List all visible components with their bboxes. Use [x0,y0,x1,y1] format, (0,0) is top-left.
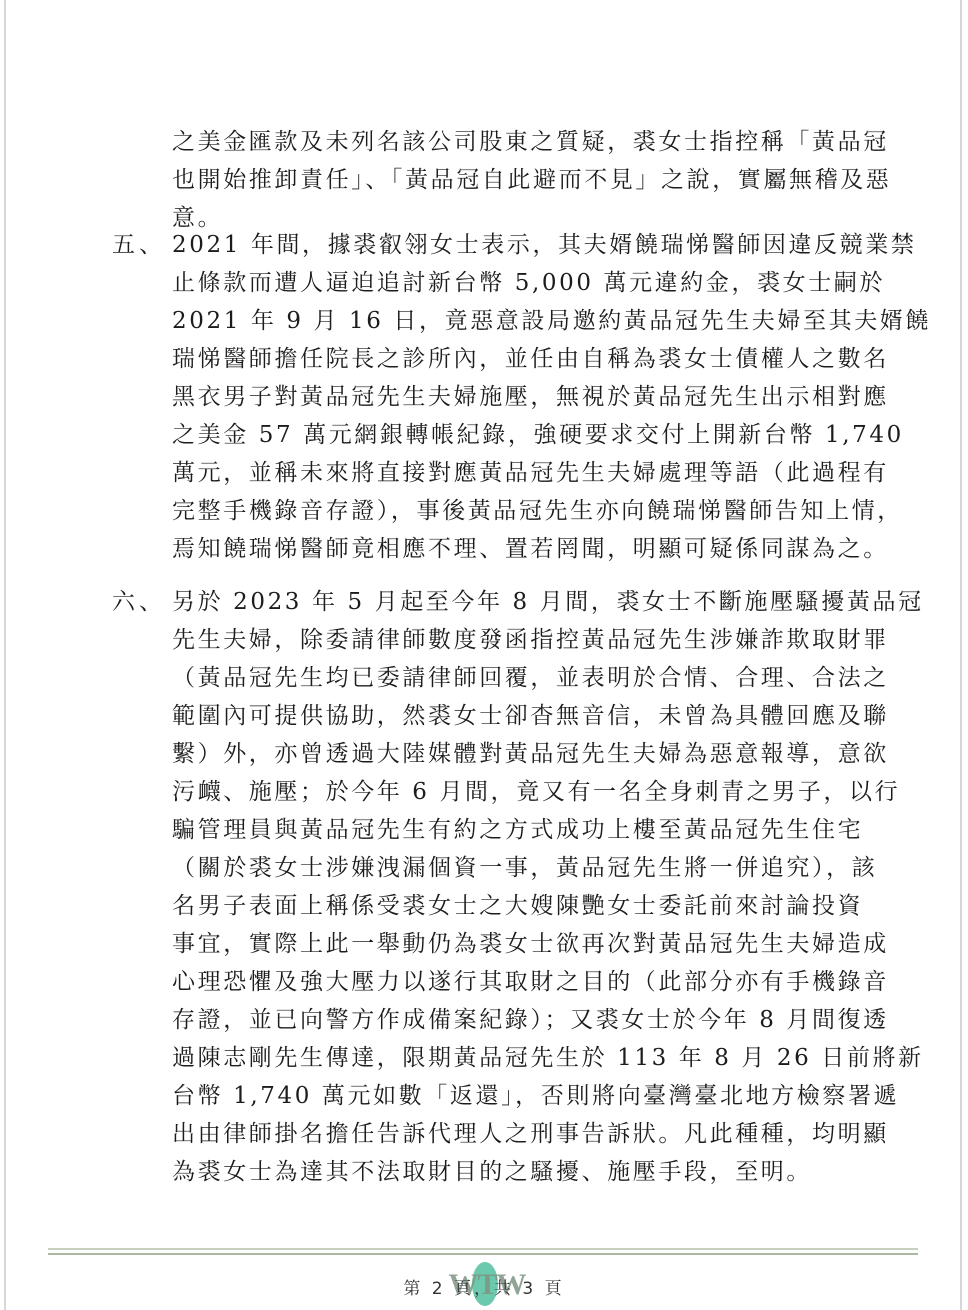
text-line: 瑞悌醫師擔任院長之診所內，並任由自稱為裘女士債權人之數名 [172,344,889,374]
text-line: （黃品冠先生均已委請律師回覆，並表明於合情、合理、合法之 [172,663,889,693]
text-line: 範圍內可提供協助，然裘女士卻杳無音信，未曾為具體回應及聯 [172,701,889,731]
page-number: 第 2 頁，共 3 頁 [0,1274,968,1299]
footer-divider [48,1248,918,1250]
text-line: 存證，並已向警方作成備案紀錄）；又裘女士於今年 8 月間復透 [172,1005,889,1035]
text-line: 之美金匯款及未列名該公司股東之質疑，裘女士指控稱「黃品冠 [172,127,889,157]
text-line: 萬元，並稱未來將直接對應黃品冠先生夫婦處理等語（此過程有 [172,458,889,488]
text-line: 也開始推卸責任」、「黃品冠自此避而不見」之說，實屬無稽及惡 [172,165,891,195]
text-line: 出由律師掛名擔任告訴代理人之刑事告訴狀。凡此種種，均明顯 [172,1119,889,1149]
text-line: 完整手機錄音存證），事後黃品冠先生亦向饒瑞悌醫師告知上情， [172,496,903,526]
text-line: 心理恐懼及強大壓力以遂行其取財之目的（此部分亦有手機錄音 [172,967,889,997]
text-line: 為裘女士為達其不法取財目的之騷擾、施壓手段，至明。 [172,1157,812,1187]
text-line: 止條款而遭人逼迫追討新台幣 5,000 萬元違約金，裘女士嗣於 [172,268,885,298]
item-number: 六、 [112,587,166,617]
text-line: 繫）外，亦曾透過大陸媒體對黃品冠先生夫婦為惡意報導，意欲 [172,739,889,769]
text-line: 之美金 57 萬元網銀轉帳紀錄，強硬要求交付上開新台幣 1,740 [172,420,904,450]
text-line: 黑衣男子對黃品冠先生夫婦施壓，無視於黃品冠先生出示相對應 [172,382,889,412]
text-line: 2021 年 9 月 16 日，竟惡意設局邀約黃品冠先生夫婦至其夫婿饒 [172,306,931,336]
text-line: 名男子表面上稱係受裘女士之大嫂陳艷女士委託前來討論投資 [172,891,863,921]
footer-divider [48,1253,918,1255]
text-line: 事宜，實際上此一舉動仍為裘女士欲再次對黃品冠先生夫婦造成 [172,929,889,959]
text-line: 意。 [172,203,223,233]
document-page [4,0,962,1310]
text-line: （關於裘女士涉嫌洩漏個資一事，黃品冠先生將一併追究），該 [172,853,877,883]
text-line: 先生夫婦，除委請律師數度發函指控黃品冠先生涉嫌詐欺取財罪 [172,625,889,655]
text-line: 另於 2023 年 5 月起至今年 8 月間，裘女士不斷施壓騷擾黃品冠 [172,587,924,617]
text-line: 2021 年間，據裘叡翎女士表示，其夫婿饒瑞悌醫師因違反競業禁 [172,230,916,260]
text-line: 焉知饒瑞悌醫師竟相應不理、置若罔聞，明顯可疑係同謀為之。 [172,534,889,564]
item-number: 五、 [112,230,166,260]
text-line: 污衊、施壓；於今年 6 月間，竟又有一名全身刺青之男子，以行 [172,777,900,807]
text-line: 騙管理員與黃品冠先生有約之方式成功上樓至黃品冠先生住宅 [172,815,863,845]
text-line: 過陳志剛先生傳達，限期黃品冠先生於 113 年 8 月 26 日前將新 [172,1043,924,1073]
text-line: 台幣 1,740 萬元如數「返還」，否則將向臺灣臺北地方檢察署遞 [172,1081,899,1111]
